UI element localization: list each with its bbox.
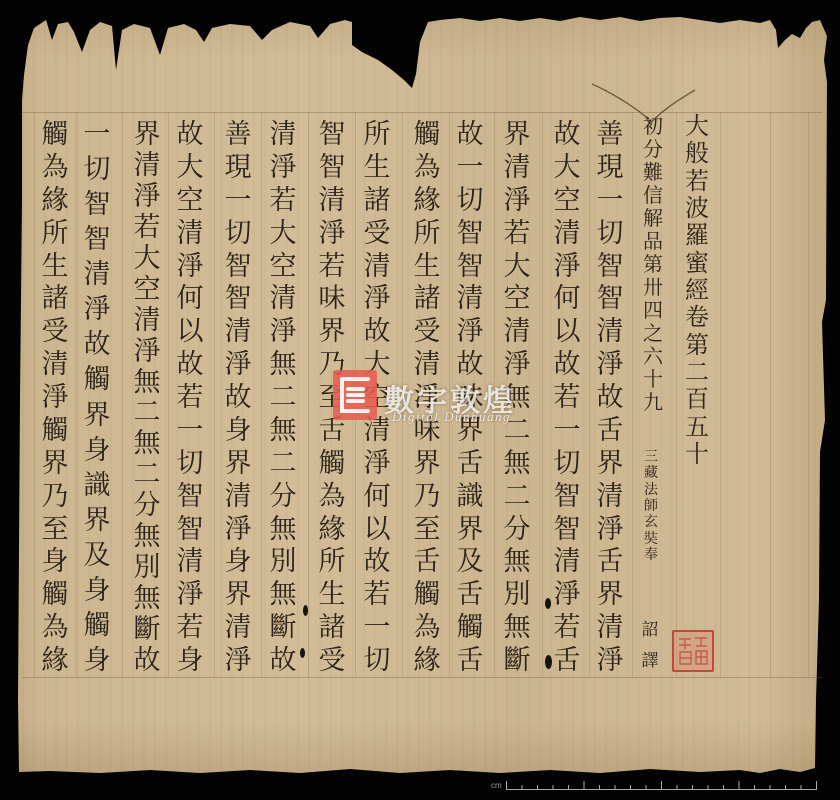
watermark-subtitle: Digital Dunhuang (392, 409, 511, 425)
bottom-ruled-line (22, 677, 822, 678)
column-rule (261, 112, 262, 677)
column-rule (808, 112, 809, 677)
seal-glyph-icon (674, 632, 712, 670)
text-column: 故大空清淨何以故若一切智智清淨若身 (173, 121, 207, 674)
translator-credit: 三藏法師玄奘奉 (642, 450, 660, 562)
column-rule (632, 112, 633, 677)
column-rule (34, 112, 35, 677)
text-column: 故大空清淨何以故若一切智智清淨若舌 (550, 121, 584, 674)
column-rule (122, 112, 123, 677)
column-rule (720, 112, 721, 677)
red-seal-icon (672, 630, 714, 672)
column-rule (589, 112, 590, 677)
column-rule (308, 112, 309, 677)
text-column: 清淨若大空清淨無二無二分無別無斷故 (266, 121, 300, 674)
scale-bar (506, 781, 817, 790)
column-rule (76, 112, 77, 677)
column-rule (214, 112, 215, 677)
digital-dunhuang-logo-icon (333, 370, 377, 420)
text-column: 善現一切智智清淨故舌界清淨舌界清淨 (593, 121, 627, 674)
text-column: 觸為緣所生諸受清淨觸界乃至身觸為緣 (38, 121, 72, 674)
column-rule (676, 112, 677, 677)
chapter-heading: 初分難信解品第卅四之六十九 (640, 116, 666, 412)
text-column: 一切智智清淨故觸界身識界及身觸身 (80, 121, 114, 674)
sutra-title: 大般若波羅蜜經卷第二百五十 (682, 114, 712, 466)
column-rule (770, 112, 771, 677)
scale-unit-label: cm (491, 781, 502, 790)
column-rule (168, 112, 169, 677)
ink-blot (303, 605, 308, 616)
text-column: 界清淨若大空清淨無二無二分無別無斷故 (130, 121, 164, 674)
ink-blot (545, 655, 552, 669)
imperial-decree-note: 詔譯 (640, 622, 660, 670)
text-column: 善現一切智智清淨故身界清淨身界清淨 (221, 121, 255, 674)
ink-blot (545, 598, 551, 609)
ink-blot (300, 648, 305, 658)
column-rule (542, 112, 543, 677)
